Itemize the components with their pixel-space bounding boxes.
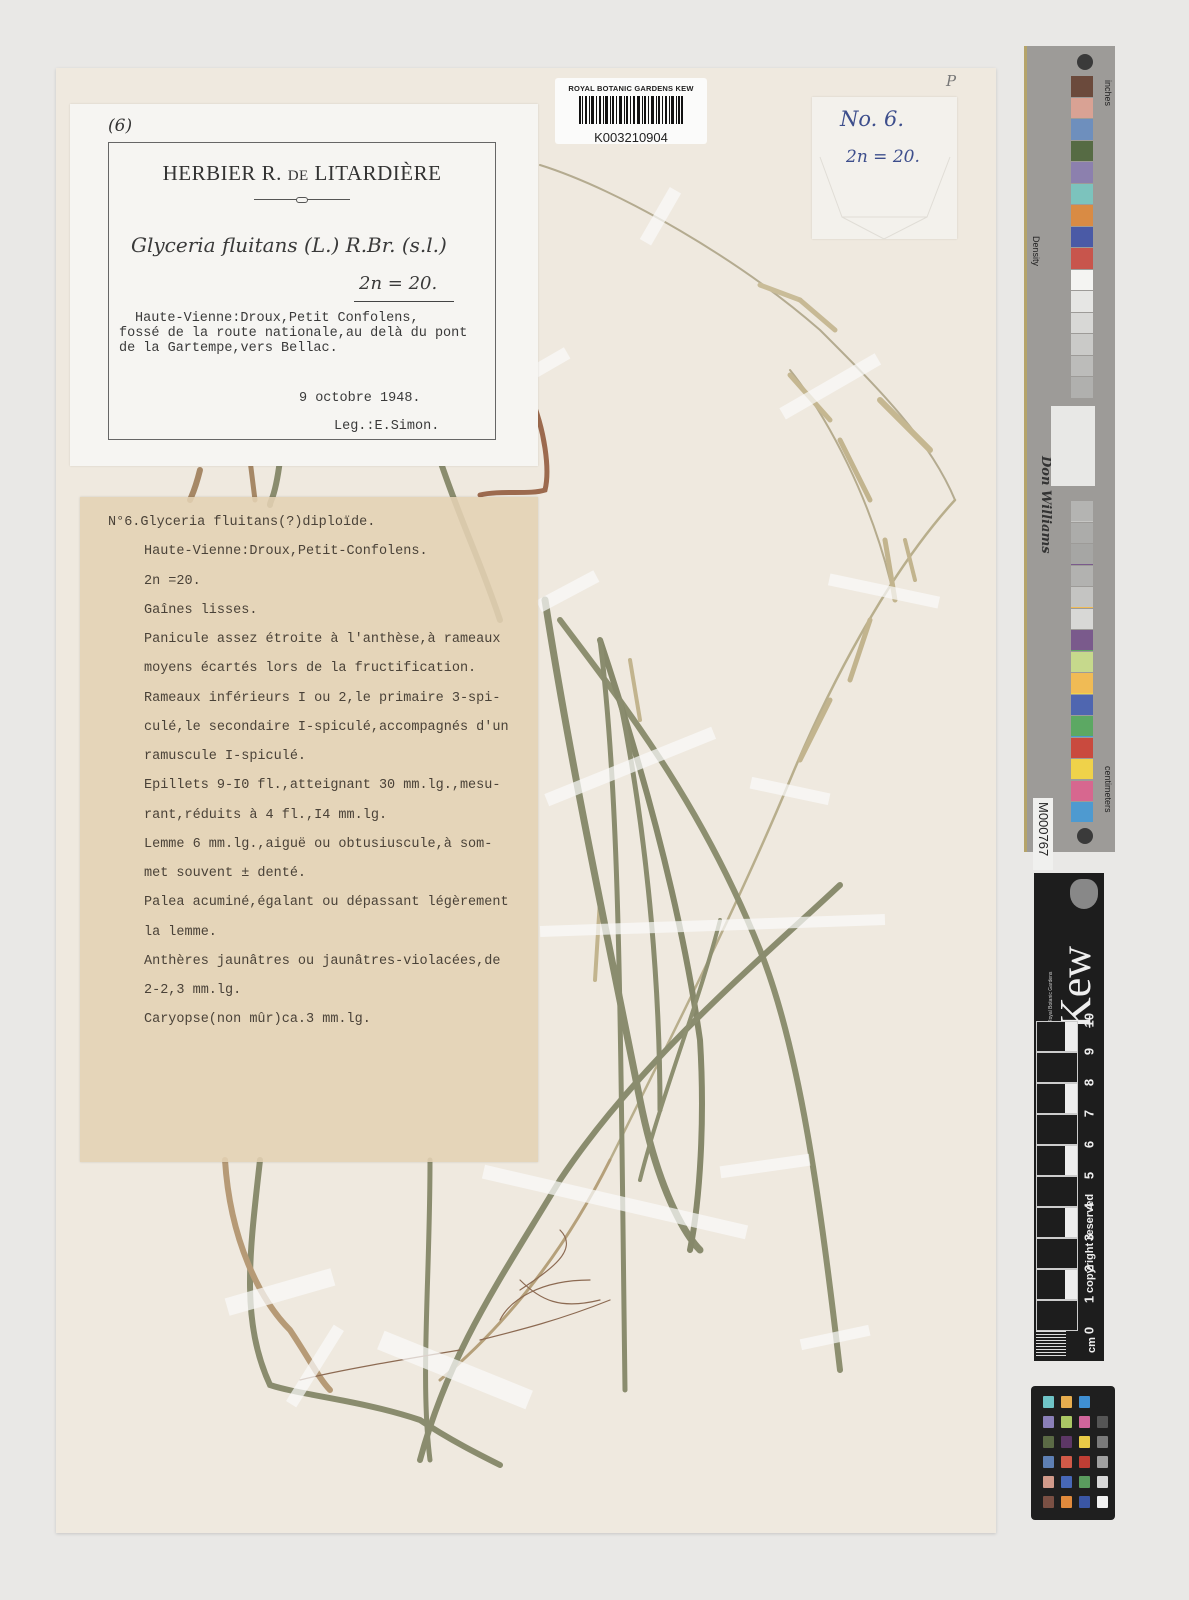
scale-cell-fill (1065, 1270, 1077, 1299)
scale-number: 7 (1082, 1107, 1097, 1121)
barcode-number: K003210904 (555, 130, 707, 145)
chromosome-count-handwritten: 2n = 20. (359, 273, 437, 294)
kew-subtitle: Royal Botanic Gardens (1048, 972, 1054, 1023)
gray-swatch (1071, 609, 1093, 629)
color-swatch (1071, 630, 1093, 650)
scale-cell (1036, 1207, 1078, 1238)
color-swatch (1071, 184, 1093, 205)
color-checker-card (1031, 1386, 1115, 1520)
locality-line: fossé de la route nationale,au delà du p… (119, 326, 467, 341)
herbarium-title: HERBIER R. DE LITARDIÈRE (109, 161, 495, 186)
scale-cell (1036, 1021, 1078, 1052)
color-checker-chip (1043, 1456, 1054, 1468)
scale-number: 1 (1082, 1293, 1097, 1307)
envelope-chromosome: 2n = 20. (846, 147, 920, 167)
scale-cell-fill (1065, 1053, 1077, 1082)
ruler-hole-top (1077, 54, 1093, 70)
gray-swatch (1071, 566, 1093, 586)
note-line: met souvent ± denté. (144, 866, 306, 881)
note-line: culé,le secondaire I-spiculé,accompagnés… (144, 720, 509, 735)
density-label: Density (1031, 236, 1041, 266)
scale-cell (1036, 1269, 1078, 1300)
color-checker-chip (1079, 1436, 1090, 1448)
scale-cell-fill (1065, 1301, 1077, 1330)
gray-swatch (1071, 501, 1093, 521)
color-swatch (1071, 162, 1093, 183)
color-swatch (1071, 76, 1093, 97)
scale-cell (1036, 1052, 1078, 1083)
color-swatch (1071, 356, 1093, 377)
page-mark: P (946, 72, 956, 90)
note-line: Caryopse(non mûr)ca.3 mm.lg. (144, 1012, 371, 1027)
color-swatch (1071, 802, 1093, 822)
color-checker-chip (1061, 1396, 1072, 1408)
scale-cell (1036, 1300, 1078, 1331)
color-swatch (1071, 334, 1093, 355)
color-swatch (1071, 248, 1093, 269)
ruler-hole-bottom (1077, 828, 1093, 844)
locality-line: Haute-Vienne:Droux,Petit Confolens, (119, 311, 467, 326)
color-swatch (1071, 781, 1093, 801)
unit-label: cm (1086, 1337, 1098, 1353)
color-swatch (1071, 673, 1093, 693)
scale-cell-fill (1065, 1084, 1077, 1113)
color-checker-chip (1043, 1436, 1054, 1448)
color-checker-chip (1061, 1416, 1072, 1428)
scale-number: 8 (1082, 1076, 1097, 1090)
color-checker-chip (1061, 1496, 1072, 1508)
gray-swatch (1071, 544, 1093, 564)
color-checker-chip (1097, 1456, 1108, 1468)
color-checker-chip (1097, 1396, 1108, 1408)
color-checker-chip (1061, 1436, 1072, 1448)
color-checker-chip (1097, 1496, 1108, 1508)
scale-number: 6 (1082, 1138, 1097, 1152)
note-line: Haute-Vienne:Droux,Petit-Confolens. (144, 544, 428, 559)
color-checker-chip (1097, 1436, 1108, 1448)
note-line: Gaînes lisses. (144, 603, 257, 618)
note-line: Panicule assez étroite à l'anthèse,à ram… (144, 632, 500, 647)
color-checker-chip (1061, 1456, 1072, 1468)
collector: Leg.:E.Simon. (334, 419, 439, 434)
ornamental-rule (254, 199, 350, 200)
scale-cell (1036, 1238, 1078, 1269)
note-line: 2n =20. (144, 574, 201, 589)
note-line: Lemme 6 mm.lg.,aiguë ou obtusiuscule,à s… (144, 837, 492, 852)
color-swatch (1071, 205, 1093, 226)
note-line: Palea acuminé,égalant ou dépassant légèr… (144, 895, 509, 910)
barcode-icon (579, 96, 683, 124)
scale-cell-fill (1065, 1177, 1077, 1206)
kew-crest-icon (1070, 879, 1098, 909)
note-line: ramuscule I-spiculé. (144, 749, 306, 764)
color-checker-chip (1079, 1456, 1090, 1468)
note-line: rant,réduits à 4 fl.,I4 mm.lg. (144, 808, 387, 823)
barcode-label: ROYAL BOTANIC GARDENS KEW K003210904 (555, 78, 707, 144)
inches-label: inches (1103, 80, 1113, 106)
color-checker-chip (1043, 1416, 1054, 1428)
color-checker-chip (1079, 1476, 1090, 1488)
color-swatch (1071, 377, 1093, 398)
color-checker-chip (1097, 1416, 1108, 1428)
kew-scale-bar: Kew Royal Botanic Gardens 012345678910 c… (1034, 873, 1104, 1361)
color-swatch (1071, 270, 1093, 291)
color-swatch (1071, 716, 1093, 736)
seed-envelope: No. 6. 2n = 20. (812, 97, 957, 239)
herbarium-label: (6) HERBIER R. DE LITARDIÈRE Glyceria fl… (70, 104, 538, 466)
color-checker-chip (1043, 1476, 1054, 1488)
scale-cell-fill (1065, 1022, 1077, 1051)
description-note: N°6.Glyceria fluitans(?)diploïde. Haute-… (80, 497, 538, 1162)
note-line: la lemme. (144, 925, 217, 940)
color-swatch (1071, 98, 1093, 119)
color-calibration-ruler: inches centimeters Density Don Williams … (1024, 46, 1115, 852)
scale-cell-fill (1065, 1115, 1077, 1144)
color-swatch (1071, 119, 1093, 140)
scale-number: 10 (1082, 1014, 1097, 1028)
note-line: Rameaux inférieurs I ou 2,le primaire 3-… (144, 691, 500, 706)
scale-number: 9 (1082, 1045, 1097, 1059)
note-line: Anthères jaunâtres ou jaunâtres-violacée… (144, 954, 500, 969)
species-name-handwritten: Glyceria fluitans (L.) R.Br. (s.l.) (131, 233, 447, 257)
label-number: (6) (108, 116, 132, 136)
label-frame: HERBIER R. DE LITARDIÈRE Glyceria fluita… (108, 142, 496, 440)
scale-number: 0 (1082, 1324, 1097, 1338)
color-swatch (1071, 227, 1093, 248)
scale-cell-fill (1065, 1239, 1077, 1268)
ruler-id-label: M000767 (1033, 798, 1053, 870)
institution-name: ROYAL BOTANIC GARDENS KEW (555, 84, 707, 93)
color-swatch (1071, 313, 1093, 334)
color-swatch (1071, 738, 1093, 758)
collection-date: 9 octobre 1948. (299, 391, 421, 406)
note-line: 2-2,3 mm.lg. (144, 983, 241, 998)
scale-number: 5 (1082, 1169, 1097, 1183)
envelope-number: No. 6. (840, 107, 904, 131)
chromosome-underline (354, 301, 454, 302)
locality-line: de la Gartempe,vers Bellac. (119, 341, 467, 356)
scale-cell (1036, 1114, 1078, 1145)
color-checker-chip (1097, 1476, 1108, 1488)
ruler-inset-card (1051, 406, 1095, 486)
scale-cell (1036, 1083, 1078, 1114)
scale-cell-fill (1065, 1208, 1077, 1237)
color-swatch (1071, 695, 1093, 715)
scale-cell (1036, 1145, 1078, 1176)
gray-swatch (1071, 523, 1093, 543)
color-checker-chip (1061, 1476, 1072, 1488)
centimeters-label: centimeters (1103, 766, 1113, 813)
color-checker-chip (1079, 1416, 1090, 1428)
color-swatch (1071, 141, 1093, 162)
color-swatch (1071, 291, 1093, 312)
millimeter-ticks (1036, 1331, 1066, 1357)
note-line: moyens écartés lors de la fructification… (144, 661, 476, 676)
scale-cell (1036, 1176, 1078, 1207)
note-line: N°6.Glyceria fluitans(?)diploïde. (108, 515, 375, 530)
color-swatch (1071, 652, 1093, 672)
color-checker-chip (1079, 1496, 1090, 1508)
color-checker-chip (1043, 1496, 1054, 1508)
note-line: Epillets 9-I0 fl.,atteignant 30 mm.lg.,m… (144, 778, 500, 793)
color-checker-chip (1043, 1396, 1054, 1408)
color-swatch (1071, 759, 1093, 779)
scale-cell-fill (1065, 1146, 1077, 1175)
locality-text: Haute-Vienne:Droux,Petit Confolens,fossé… (119, 311, 467, 356)
color-checker-chip (1079, 1396, 1090, 1408)
scale-cells (1036, 1021, 1078, 1357)
copyright-text: copyright reserved (1084, 1194, 1096, 1293)
gray-swatch (1071, 587, 1093, 607)
